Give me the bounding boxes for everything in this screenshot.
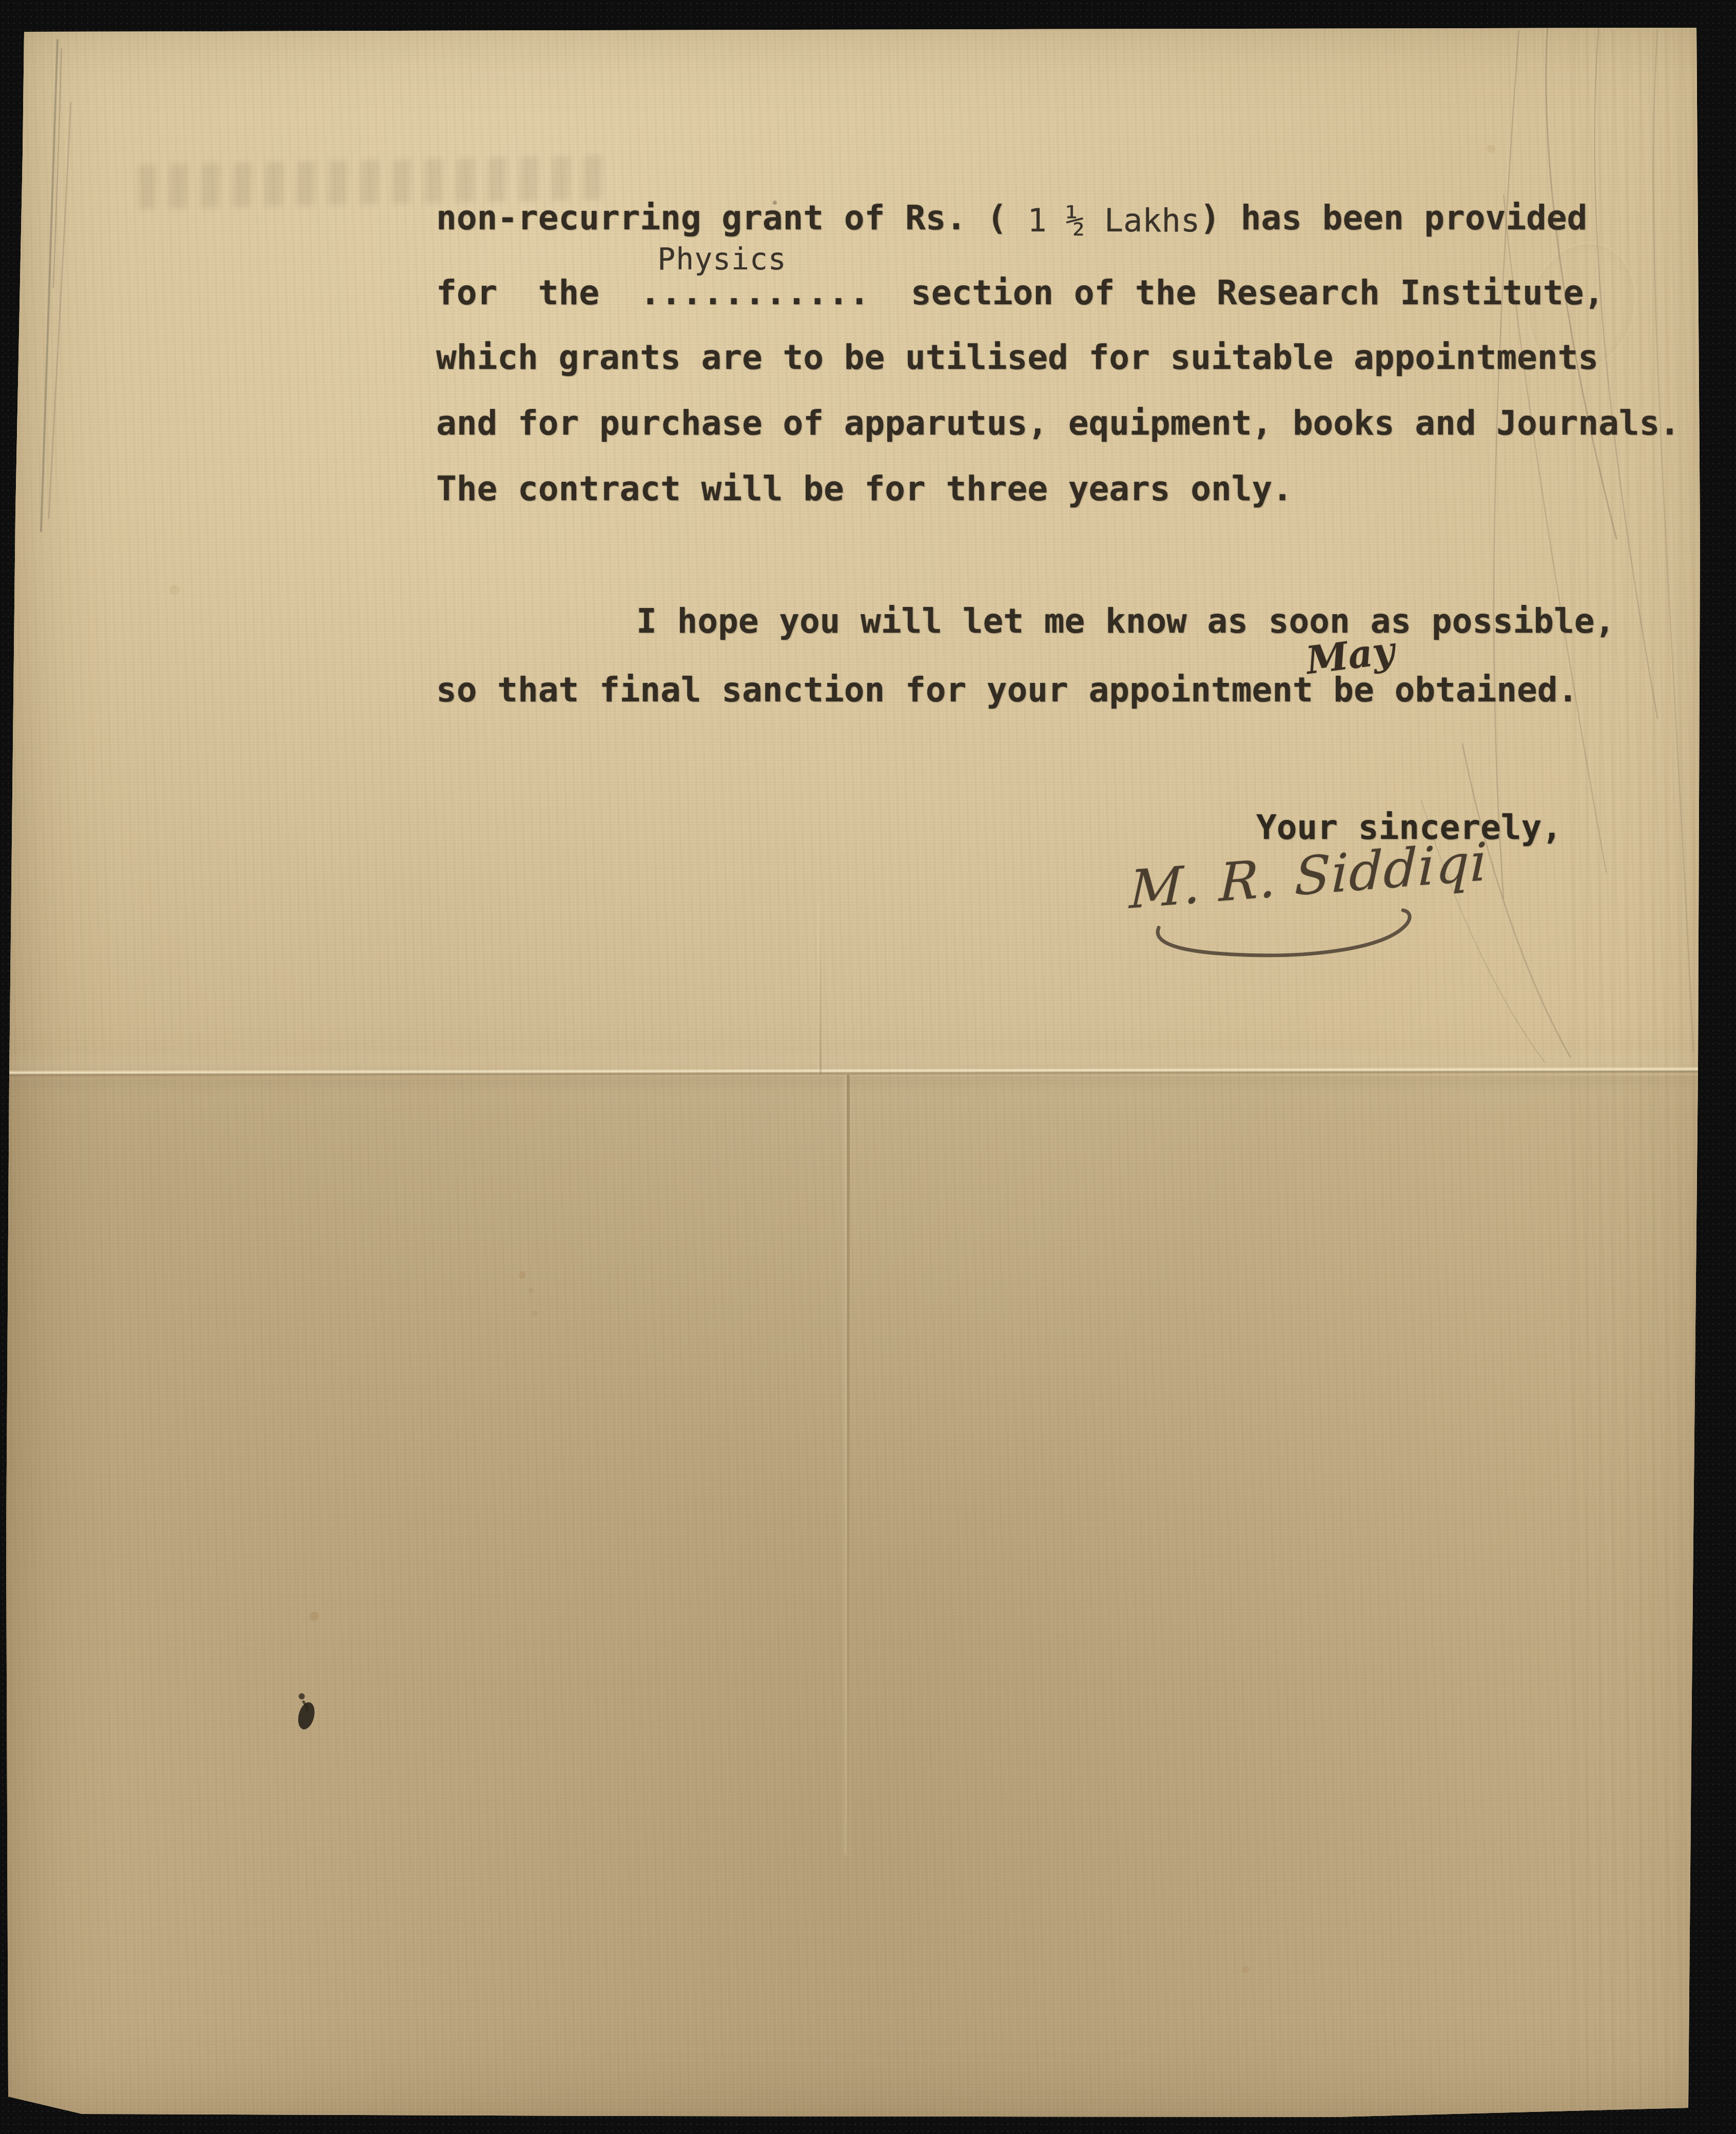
typed-text: section of the Research Institute,	[870, 273, 1604, 312]
letter-line-5: The contract will be for three years onl…	[436, 472, 1293, 506]
lower-half-shading	[0, 1075, 1736, 2134]
scan-artifacts-layer	[0, 0, 1736, 2134]
signature-flourish	[1158, 910, 1410, 955]
letter-line-6: I hope you will let me know as soon as p…	[636, 604, 1615, 638]
scan-background: { "scene": { "description": "Scanned typ…	[0, 0, 1736, 2134]
typed-amount-insert: 1 ½ Lakhs	[1027, 202, 1200, 239]
hair-scratches	[1421, 0, 1693, 1062]
typed-text: be obtained.	[1333, 670, 1578, 710]
ink-blot	[296, 1693, 317, 1731]
fill-in-blank: ...........Physics	[640, 276, 870, 310]
letter-line-3: which grants are to be utilised for suit…	[436, 341, 1598, 375]
letter-line-7: so that final sanction for your appointm…	[436, 673, 1578, 707]
pencil-scratches	[41, 40, 71, 531]
typed-text: non-recurring grant of Rs. (	[436, 198, 1027, 238]
typed-text: ) has been provided	[1200, 198, 1587, 238]
paper-texture	[0, 0, 1736, 2134]
vertical-fold-crease-lower	[847, 1074, 850, 1854]
fillin-dots: ...........	[640, 273, 870, 312]
letter-line-1: non-recurring grant of Rs. ( 1 ½ Lakhs) …	[436, 201, 1587, 235]
letter-paper: non-recurring grant of Rs. ( 1 ½ Lakhs) …	[0, 0, 1736, 2134]
typed-text: so that final sanction for your appointm…	[436, 670, 1333, 710]
horizontal-fold-crease	[6, 1067, 1699, 1079]
typed-text: for the	[436, 273, 640, 312]
fillin-value: Physics	[657, 244, 786, 274]
letter-line-4: and for purchase of apparutus, equipment…	[436, 406, 1680, 440]
letter-line-2: for the ...........Physics section of th…	[436, 276, 1604, 310]
vertical-crease-upper	[820, 902, 822, 1074]
